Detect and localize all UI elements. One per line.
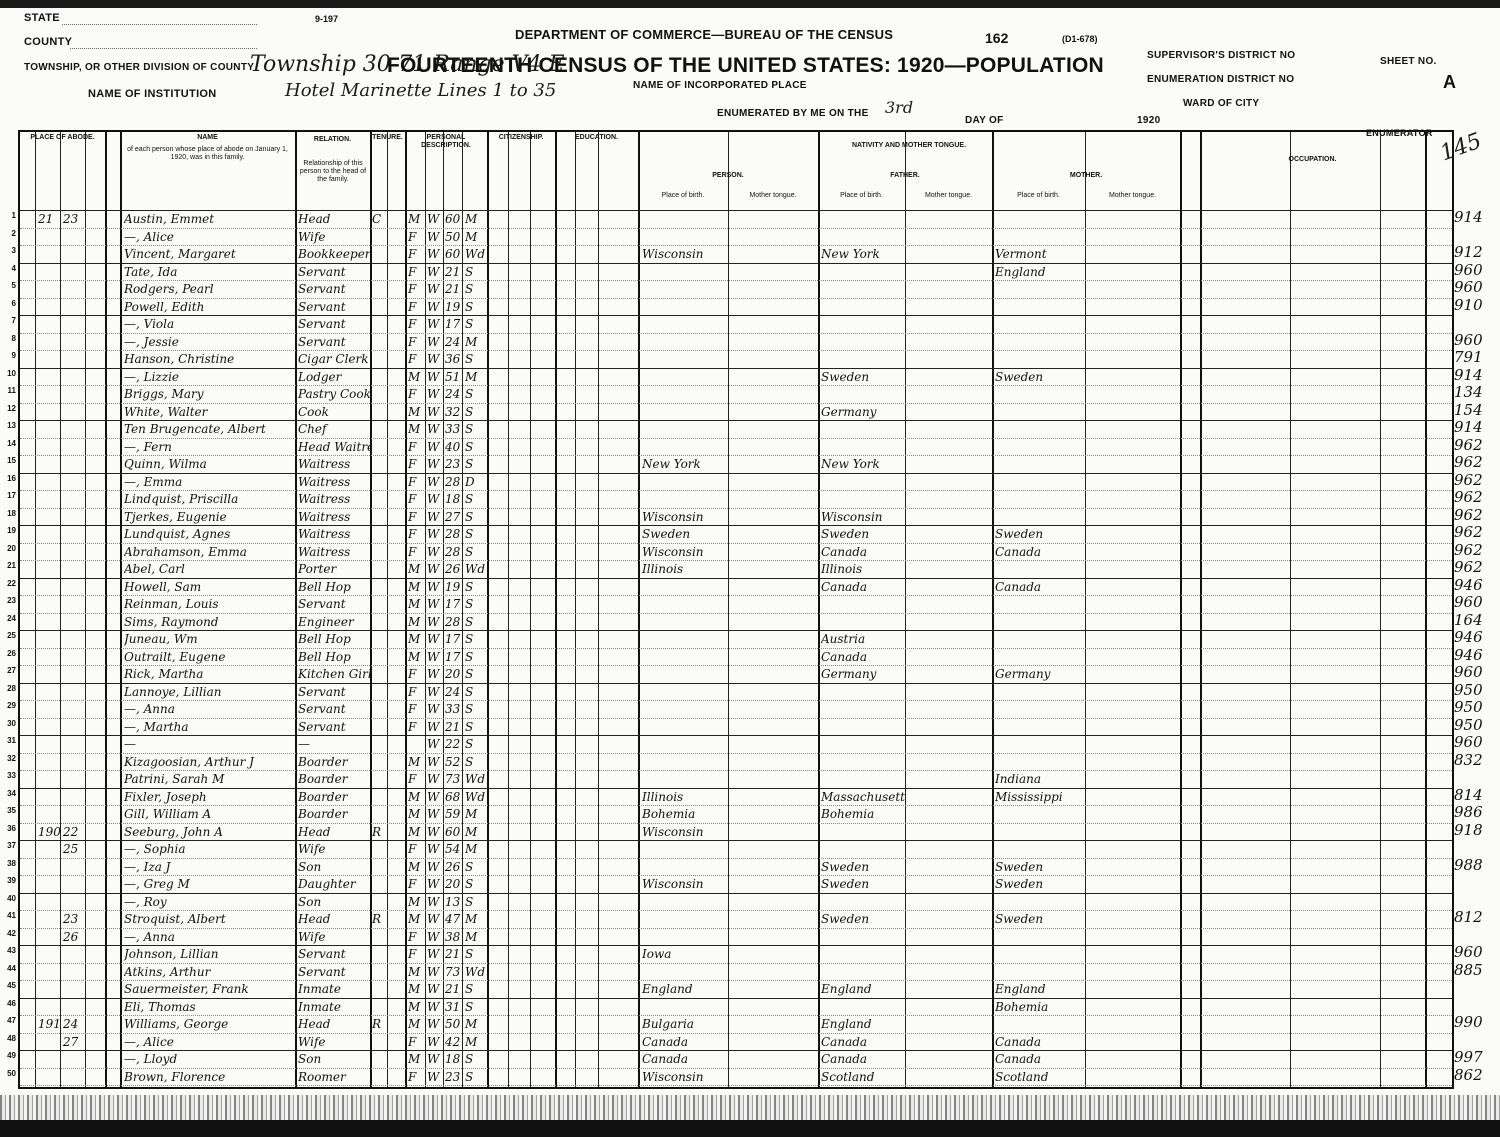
mother-birthplace: Sweden <box>995 912 1085 926</box>
occupation-code: 962 <box>1454 453 1483 471</box>
race: W <box>427 265 443 279</box>
table-row: Outrailt, EugeneBell HopMW17SCanada <box>20 648 1452 667</box>
table-row: Powell, EdithServantFW19S <box>20 298 1452 317</box>
table-row: Rick, MarthaKitchen GirlFW20SGermanyGerm… <box>20 665 1452 684</box>
race: W <box>427 930 443 944</box>
table-row: Juneau, WmBell HopMW17SAustria <box>20 630 1452 649</box>
table-row: Rodgers, PearlServantFW21S <box>20 280 1452 299</box>
birthplace: Canada <box>642 1035 728 1049</box>
stamp-number: 162 <box>985 30 1008 46</box>
table-row: Atkins, ArthurServantMW73Wd <box>20 963 1452 982</box>
line-number: 31 <box>0 736 16 745</box>
marital-status: S <box>465 650 487 664</box>
age: 28 <box>445 527 462 541</box>
father-birthplace: New York <box>821 457 905 471</box>
occupation-code: 946 <box>1454 646 1483 664</box>
line-number: 25 <box>0 631 16 640</box>
family-number: 26 <box>63 930 85 944</box>
sex: F <box>408 667 424 681</box>
person-name: Johnson, Lillian <box>124 947 294 961</box>
age: 73 <box>445 772 462 786</box>
marital-status: S <box>465 282 487 296</box>
occupation-code: 950 <box>1454 716 1483 734</box>
marital-status: S <box>465 720 487 734</box>
line-numbers-column: 1234567891011121314151617181920212223242… <box>0 208 18 1088</box>
birthplace: Sweden <box>642 527 728 541</box>
person-name: Outrailt, Eugene <box>124 650 294 664</box>
birthplace: Wisconsin <box>642 545 728 559</box>
census-title: FOURTEENTH CENSUS OF THE UNITED STATES: … <box>387 54 1104 78</box>
age: 59 <box>445 807 462 821</box>
father-birthplace: Germany <box>821 667 905 681</box>
relation: Boarder <box>298 772 370 786</box>
relation: Kitchen Girl <box>298 667 370 681</box>
sex: M <box>408 895 424 909</box>
incorporated-place-label: NAME OF INCORPORATED PLACE <box>633 80 807 91</box>
marital-status: S <box>465 387 487 401</box>
person-name: Vincent, Margaret <box>124 247 294 261</box>
education-header: EDUCATION. <box>555 134 638 142</box>
occupation-code: 164 <box>1454 611 1483 629</box>
sex: M <box>408 825 424 839</box>
marital-status: S <box>465 352 487 366</box>
person-name: —, Roy <box>124 895 294 909</box>
marital-status: M <box>465 842 487 856</box>
line-number: 14 <box>0 439 16 448</box>
occupation-code: 914 <box>1454 208 1483 226</box>
line-number: 12 <box>0 404 16 413</box>
line-number: 32 <box>0 754 16 763</box>
age: 68 <box>445 790 462 804</box>
line-number: 42 <box>0 929 16 938</box>
relation: Head Waitress <box>298 440 370 454</box>
race: W <box>427 702 443 716</box>
race: W <box>427 1070 443 1084</box>
mother-birthplace: Canada <box>995 545 1085 559</box>
line-number: 7 <box>0 316 16 325</box>
sex: F <box>408 352 424 366</box>
relation: Inmate <box>298 982 370 996</box>
occupation-code: 962 <box>1454 558 1483 576</box>
person-name: Austin, Emmet <box>124 212 294 226</box>
occupation-code: 914 <box>1454 366 1483 384</box>
age: 42 <box>445 1035 462 1049</box>
census-table: PLACE OF ABODE. NAME of each person whos… <box>18 130 1454 1089</box>
mother-header: MOTHER. <box>992 172 1180 180</box>
township-label: TOWNSHIP, OR OTHER DIVISION OF COUNTY <box>24 62 254 73</box>
line-number: 34 <box>0 789 16 798</box>
relation: Inmate <box>298 1000 370 1014</box>
place-of-abode-header: PLACE OF ABODE. <box>20 134 105 142</box>
sex: F <box>408 317 424 331</box>
age: 24 <box>445 685 462 699</box>
birthplace: Wisconsin <box>642 247 728 261</box>
sex: F <box>408 702 424 716</box>
sex: M <box>408 1017 424 1031</box>
age: 51 <box>445 370 462 384</box>
age: 27 <box>445 510 462 524</box>
marital-status: S <box>465 492 487 506</box>
sex: M <box>408 755 424 769</box>
table-row: Ten Brugencate, AlbertChefMW33S <box>20 420 1452 439</box>
marital-status: S <box>465 632 487 646</box>
race: W <box>427 720 443 734</box>
age: 21 <box>445 947 462 961</box>
relation: Wife <box>298 1035 370 1049</box>
marital-status: Wd <box>465 790 487 804</box>
age: 17 <box>445 650 462 664</box>
line-number: 4 <box>0 264 16 273</box>
table-row: Abel, CarlPorterMW26WdIllinoisIllinois <box>20 560 1452 579</box>
sex: F <box>408 877 424 891</box>
line-number: 43 <box>0 946 16 955</box>
sex: M <box>408 1052 424 1066</box>
father-birthplace: Austria <box>821 632 905 646</box>
relation: Head <box>298 825 370 839</box>
age: 13 <box>445 895 462 909</box>
father-birthplace: Canada <box>821 1035 905 1049</box>
race: W <box>427 755 443 769</box>
occupation-code: 912 <box>1454 243 1483 261</box>
marital-status: S <box>465 422 487 436</box>
person-name: Howell, Sam <box>124 580 294 594</box>
table-row: 25—, SophiaWifeFW54M <box>20 840 1452 859</box>
relation: Waitress <box>298 457 370 471</box>
person-name: Williams, George <box>124 1017 294 1031</box>
race: W <box>427 790 443 804</box>
person-name: Ten Brugencate, Albert <box>124 422 294 436</box>
occupation-code: 960 <box>1454 278 1483 296</box>
person-name: Abel, Carl <box>124 562 294 576</box>
marital-status: S <box>465 580 487 594</box>
occupation-code: 988 <box>1454 856 1483 874</box>
birthplace: Iowa <box>642 947 728 961</box>
line-number: 11 <box>0 386 16 395</box>
line-number: 50 <box>0 1069 16 1078</box>
line-number: 40 <box>0 894 16 903</box>
marital-status: S <box>465 527 487 541</box>
race: W <box>427 212 443 226</box>
sex: M <box>408 790 424 804</box>
line-number: 1 <box>0 211 16 220</box>
person-name: Fixler, Joseph <box>124 790 294 804</box>
table-row: —, Greg MDaughterFW20SWisconsinSwedenSwe… <box>20 875 1452 894</box>
table-row: Tjerkes, EugenieWaitressFW27SWisconsinWi… <box>20 508 1452 527</box>
marital-status: M <box>465 370 487 384</box>
scan-border-bottom <box>0 1120 1500 1137</box>
mother-tongue-header: Mother tongue. <box>1085 192 1180 200</box>
age: 26 <box>445 562 462 576</box>
race: W <box>427 1017 443 1031</box>
race: W <box>427 772 443 786</box>
sex: M <box>408 807 424 821</box>
marital-status: S <box>465 405 487 419</box>
sex: M <box>408 965 424 979</box>
relation: Head <box>298 1017 370 1031</box>
ward-label: WARD OF CITY <box>1183 98 1259 109</box>
line-number: 36 <box>0 824 16 833</box>
table-row: White, WalterCookMW32SGermany <box>20 403 1452 422</box>
marital-status: S <box>465 1052 487 1066</box>
age: 17 <box>445 317 462 331</box>
form-number: 9-197 <box>315 14 338 24</box>
race: W <box>427 352 443 366</box>
sex: F <box>408 335 424 349</box>
marital-status: M <box>465 930 487 944</box>
marital-status: S <box>465 737 487 751</box>
person-name: Rick, Martha <box>124 667 294 681</box>
sex: F <box>408 842 424 856</box>
person-name: —, Jessie <box>124 335 294 349</box>
occupation-code: 946 <box>1454 576 1483 594</box>
race: W <box>427 807 443 821</box>
person-name: White, Walter <box>124 405 294 419</box>
occupation-code: 962 <box>1454 436 1483 454</box>
marital-status: S <box>465 545 487 559</box>
line-number: 35 <box>0 806 16 815</box>
race: W <box>427 580 443 594</box>
person-name: —, Alice <box>124 230 294 244</box>
age: 38 <box>445 930 462 944</box>
age: 24 <box>445 335 462 349</box>
mother-birthplace: Canada <box>995 580 1085 594</box>
year-label: 1920 <box>1137 115 1160 126</box>
relation: Servant <box>298 317 370 331</box>
occupation-code: 885 <box>1454 961 1483 979</box>
age: 28 <box>445 475 462 489</box>
marital-status: M <box>465 912 487 926</box>
table-row: —, LizzieLodgerMW51MSwedenSweden <box>20 368 1452 387</box>
row-divider <box>20 1085 1452 1086</box>
person-name: Tate, Ida <box>124 265 294 279</box>
table-row: —, ViolaServantFW17S <box>20 315 1452 334</box>
relation: Bell Hop <box>298 580 370 594</box>
birthplace: Canada <box>642 1052 728 1066</box>
age: 21 <box>445 265 462 279</box>
age: 54 <box>445 842 462 856</box>
person-name: Reinman, Louis <box>124 597 294 611</box>
race: W <box>427 1000 443 1014</box>
marital-status: M <box>465 807 487 821</box>
table-row: Lindquist, PriscillaWaitressFW18S <box>20 490 1452 509</box>
marital-status: S <box>465 615 487 629</box>
table-row: —, Iza JSonMW26SSwedenSweden <box>20 858 1452 877</box>
age: 17 <box>445 597 462 611</box>
race: W <box>427 667 443 681</box>
line-number: 26 <box>0 649 16 658</box>
race: W <box>427 965 443 979</box>
father-birthplace: Scotland <box>821 1070 905 1084</box>
person-name: —, Alice <box>124 1035 294 1049</box>
relation: Daughter <box>298 877 370 891</box>
occupation-code: 997 <box>1454 1048 1483 1066</box>
table-row: Eli, ThomasInmateMW31SBohemia <box>20 998 1452 1017</box>
dwelling-number: 1909 <box>38 825 60 839</box>
dwelling-number: 1913 <box>38 1017 60 1031</box>
table-row: 26—, AnnaWifeFW38M <box>20 928 1452 947</box>
race: W <box>427 510 443 524</box>
line-number: 15 <box>0 456 16 465</box>
occupation-code: 814 <box>1454 786 1483 804</box>
race: W <box>427 1035 443 1049</box>
table-row: Brown, FlorenceRoomerFW23SWisconsinScotl… <box>20 1068 1452 1087</box>
person-name: —, Greg M <box>124 877 294 891</box>
person-name: —, Sophia <box>124 842 294 856</box>
sex: F <box>408 1070 424 1084</box>
race: W <box>427 737 443 751</box>
race: W <box>427 1052 443 1066</box>
sex: M <box>408 422 424 436</box>
line-number: 24 <box>0 614 16 623</box>
nativity-header: NATIVITY AND MOTHER TONGUE. <box>638 142 1180 150</box>
age: 36 <box>445 352 462 366</box>
person-name: Sauermeister, Frank <box>124 982 294 996</box>
relation: Boarder <box>298 807 370 821</box>
age: 21 <box>445 982 462 996</box>
father-birthplace: Wisconsin <box>821 510 905 524</box>
relation: Lodger <box>298 370 370 384</box>
birthplace: Wisconsin <box>642 825 728 839</box>
race: W <box>427 562 443 576</box>
sex: F <box>408 387 424 401</box>
father-tongue-header: Mother tongue. <box>905 192 992 200</box>
relation-sub: Relationship of this person to the head … <box>298 160 368 184</box>
rows-container: 2123Austin, EmmetHeadCMW60M—, AliceWifeF… <box>20 210 1452 1087</box>
relation: Wife <box>298 230 370 244</box>
sex: M <box>408 982 424 996</box>
line-number: 16 <box>0 474 16 483</box>
person-name: Tjerkes, Eugenie <box>124 510 294 524</box>
line-number: 37 <box>0 841 16 850</box>
race: W <box>427 335 443 349</box>
marital-status: S <box>465 317 487 331</box>
race: W <box>427 282 443 296</box>
table-row: 190922Seeburg, John AHeadRMW60MWisconsin <box>20 823 1452 842</box>
race: W <box>427 615 443 629</box>
table-row: —, AnnaServantFW33S <box>20 700 1452 719</box>
relation: Servant <box>298 335 370 349</box>
line-number: 5 <box>0 281 16 290</box>
person-name: — <box>124 737 294 751</box>
occupation-code: 950 <box>1454 681 1483 699</box>
age: 22 <box>445 737 462 751</box>
relation: Waitress <box>298 527 370 541</box>
mother-birthplace: Canada <box>995 1052 1085 1066</box>
marital-status: S <box>465 265 487 279</box>
table-row: Fixler, JosephBoarderMW68WdIllinoisMassa… <box>20 788 1452 807</box>
line-number: 33 <box>0 771 16 780</box>
marital-status: S <box>465 702 487 716</box>
occupation-code: 962 <box>1454 506 1483 524</box>
line-number: 18 <box>0 509 16 518</box>
occupation-code: 986 <box>1454 803 1483 821</box>
race: W <box>427 860 443 874</box>
county-field-line <box>70 48 257 49</box>
birthplace: New York <box>642 457 728 471</box>
age: 21 <box>445 282 462 296</box>
birthplace: Wisconsin <box>642 1070 728 1084</box>
marital-status: M <box>465 1035 487 1049</box>
person-name: —, Lloyd <box>124 1052 294 1066</box>
marital-status: S <box>465 597 487 611</box>
race: W <box>427 492 443 506</box>
marital-status: M <box>465 230 487 244</box>
line-number: 39 <box>0 876 16 885</box>
table-row: Tate, IdaServantFW21SEngland <box>20 263 1452 282</box>
person-name: Abrahamson, Emma <box>124 545 294 559</box>
line-number: 46 <box>0 999 16 1008</box>
relation: Bell Hop <box>298 650 370 664</box>
sex: F <box>408 475 424 489</box>
person-name: Sims, Raymond <box>124 615 294 629</box>
sex: M <box>408 562 424 576</box>
mother-birthplace: Mississippi <box>995 790 1085 804</box>
marital-status: S <box>465 895 487 909</box>
relation: Waitress <box>298 475 370 489</box>
table-row: 2123Austin, EmmetHeadCMW60M <box>20 210 1452 229</box>
table-row: —, AliceWifeFW50M <box>20 228 1452 247</box>
sex: M <box>408 370 424 384</box>
line-number: 13 <box>0 421 16 430</box>
father-birthplace: England <box>821 982 905 996</box>
occupation-code: 962 <box>1454 471 1483 489</box>
state-label: STATE <box>24 12 60 24</box>
person-name: Quinn, Wilma <box>124 457 294 471</box>
age: 50 <box>445 230 462 244</box>
race: W <box>427 440 443 454</box>
race: W <box>427 545 443 559</box>
race: W <box>427 527 443 541</box>
relation: Servant <box>298 947 370 961</box>
line-number: 10 <box>0 369 16 378</box>
relation-header: RELATION. <box>295 136 370 144</box>
marital-status: M <box>465 335 487 349</box>
race: W <box>427 912 443 926</box>
name-instructions: of each person whose place of abode on J… <box>125 146 290 162</box>
occupation-code: 962 <box>1454 488 1483 506</box>
mother-birthplace: Canada <box>995 1035 1085 1049</box>
occupation-code: 832 <box>1454 751 1483 769</box>
age: 60 <box>445 212 462 226</box>
mother-birthplace: Sweden <box>995 860 1085 874</box>
occupation-code: 960 <box>1454 331 1483 349</box>
father-birthplace: Canada <box>821 650 905 664</box>
father-birthplace: Sweden <box>821 860 905 874</box>
scan-border-top <box>0 0 1500 8</box>
table-row: —, EmmaWaitressFW28D <box>20 473 1452 492</box>
marital-status: Wd <box>465 965 487 979</box>
age: 50 <box>445 1017 462 1031</box>
line-number: 2 <box>0 229 16 238</box>
age: 31 <box>445 1000 462 1014</box>
age: 28 <box>445 545 462 559</box>
father-birthplace: New York <box>821 247 905 261</box>
table-row: Hanson, ChristineCigar ClerkFW36S <box>20 350 1452 369</box>
race: W <box>427 457 443 471</box>
mother-birthplace: Bohemia <box>995 1000 1085 1014</box>
family-number: 25 <box>63 842 85 856</box>
father-birthplace: Sweden <box>821 370 905 384</box>
line-number: 21 <box>0 561 16 570</box>
father-birthplace: Sweden <box>821 912 905 926</box>
person-name: Stroquist, Albert <box>124 912 294 926</box>
person-name: Kizagoosian, Arthur J <box>124 755 294 769</box>
sex: F <box>408 440 424 454</box>
age: 60 <box>445 825 462 839</box>
relation: Boarder <box>298 755 370 769</box>
person-name: Brown, Florence <box>124 1070 294 1084</box>
person-name: Eli, Thomas <box>124 1000 294 1014</box>
